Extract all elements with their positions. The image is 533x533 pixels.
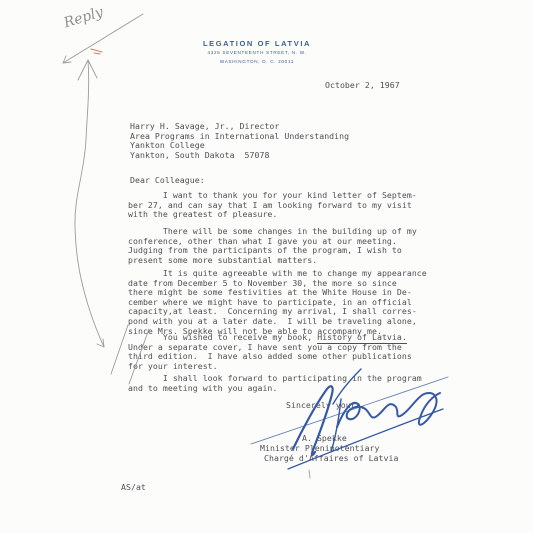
reference-initials: AS/at [121, 483, 146, 493]
letterhead-org-name: LEGATION OF LATVIA [177, 39, 337, 48]
letterhead-street: 4325 SEVENTEENTH STREET, N. W. [177, 50, 337, 57]
letter-date: October 2, 1967 [325, 81, 400, 91]
paragraph-5: I shall look forward to participating in… [128, 374, 438, 393]
letter-page: Reply LEGATION OF LATVIA 4325 SEVENTEENT… [0, 0, 533, 533]
paragraph-2: There will be some changes in the buildi… [128, 227, 428, 265]
paragraph-4-text: You wished to receive my book, [128, 332, 317, 342]
sender-title-2: Chargé d'Affaires of Latvia [264, 454, 398, 464]
handwritten-reply-note: Reply [62, 4, 105, 31]
red-pencil-mark [91, 49, 102, 54]
closing-sincerely: Sincerely yours, [286, 401, 366, 411]
recipient-address: Harry H. Savage, Jr., Director Area Prog… [130, 122, 349, 160]
paragraph-1: I want to thank you for your kind letter… [128, 191, 428, 220]
letterhead-city: WASHINGTON, D. C. 20011 [177, 59, 337, 66]
salutation: Dear Colleague: [130, 176, 205, 186]
paragraph-3: It is quite agreeable with me to change … [128, 269, 438, 336]
paragraph-4-continuation: Under a separate cover, I have sent you … [128, 342, 412, 371]
paragraph-4: You wished to receive my book, History o… [128, 333, 438, 371]
stray-pencil-tick [309, 470, 310, 478]
letterhead: LEGATION OF LATVIA 4325 SEVENTEENTH STRE… [177, 39, 337, 65]
